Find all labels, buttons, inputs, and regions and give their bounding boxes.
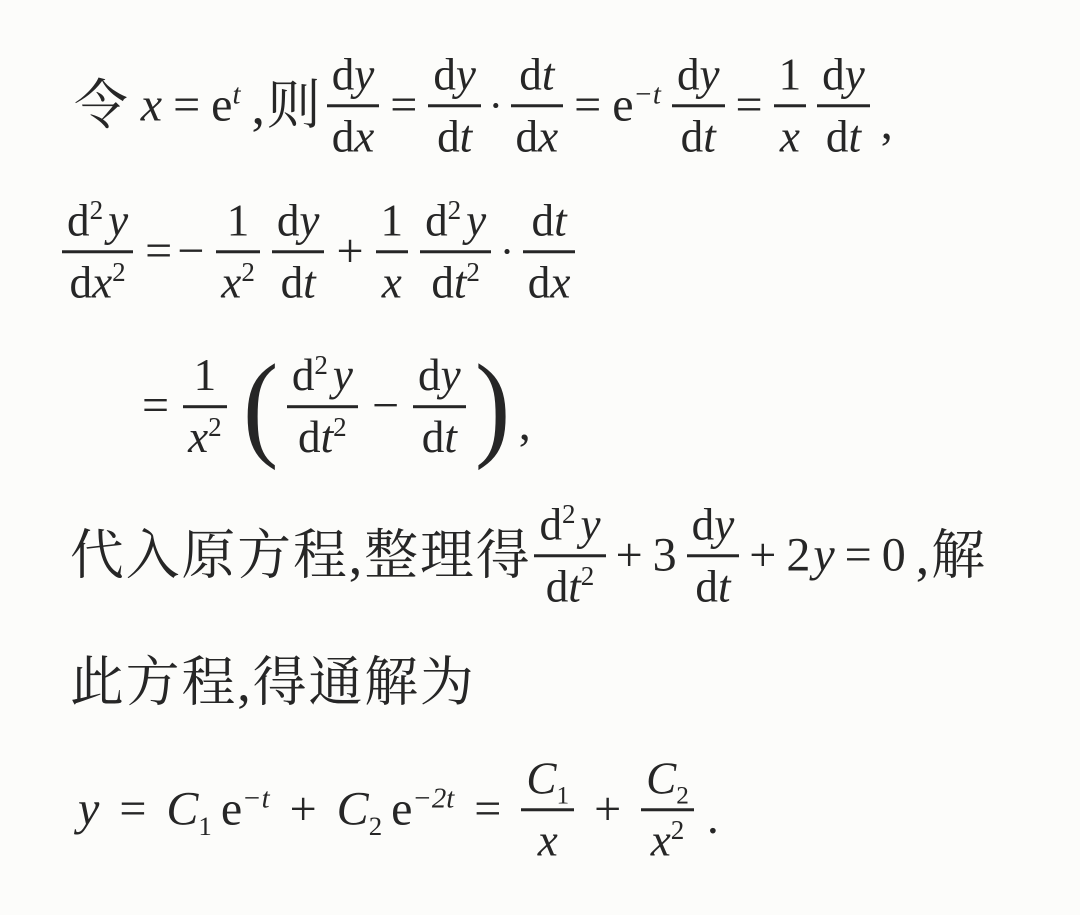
numerator: d2y: [287, 349, 358, 405]
var-t: t: [460, 112, 473, 162]
var-x: x: [221, 258, 241, 308]
var-x: x: [550, 258, 570, 308]
sup-2: 2: [112, 257, 126, 287]
diff-d: d: [292, 350, 315, 400]
formula-line-2: d2y dx2 = − 1 x2 dy dt + 1 x d2y dt2 • d…: [62, 194, 575, 309]
denominator: dt: [413, 406, 466, 465]
num-1: 1: [194, 350, 217, 400]
sup-2: 2: [448, 195, 462, 225]
denominator: dx: [327, 105, 380, 164]
fraction-C1-over-x: C1 x: [521, 752, 574, 867]
diff-d: d: [822, 49, 845, 99]
var-t: t: [554, 195, 567, 245]
denominator: dt: [672, 105, 725, 164]
numerator: dy: [817, 48, 870, 104]
var-x: x: [382, 258, 402, 308]
var-y: y: [299, 195, 319, 245]
sup-2: 2: [90, 195, 104, 225]
diff-d: d: [681, 112, 704, 162]
numerator: 1: [376, 194, 409, 250]
diff-d: d: [281, 258, 304, 308]
diff-d: d: [695, 562, 718, 612]
var-y: y: [714, 499, 734, 549]
left-paren: (: [243, 348, 278, 466]
diff-d: d: [70, 258, 93, 308]
exponent: t: [232, 79, 240, 111]
denominator: dx2: [62, 251, 133, 310]
text-general-solution: 此方程,得通解为: [70, 653, 476, 712]
numerator: dt: [523, 194, 576, 250]
diff-d: d: [519, 49, 542, 99]
subscript-2: 2: [676, 781, 689, 809]
equals-sign: =: [574, 80, 601, 133]
numerator: 1: [183, 349, 227, 405]
numerator: dy: [687, 498, 740, 554]
fraction-1-over-x: 1 x: [774, 48, 807, 163]
minus-sign: −: [372, 381, 399, 434]
var-y: y: [354, 49, 374, 99]
equals-sign: =: [173, 80, 200, 133]
var-t: t: [454, 258, 467, 308]
plus-sign: +: [749, 530, 776, 583]
fraction-d2y-dt2: d2y dt2: [287, 349, 358, 464]
exponent: −t: [242, 783, 269, 815]
fraction-d2y-dt2: d2y dt2: [534, 498, 605, 613]
diff-d: d: [433, 49, 456, 99]
diff-d: d: [546, 562, 569, 612]
formula-line-1: 令 x = et ,则 dy dx = dy dt • dt dx = e−t …: [74, 48, 893, 163]
denominator: dt2: [287, 406, 358, 465]
fraction-C2-over-x2: C2 x2: [641, 752, 694, 867]
formula-line-6: y = C1e−t + C2e−2t = C1 x + C2 x2 .: [78, 752, 719, 867]
var-y: y: [581, 499, 601, 549]
fraction-dy-dt: dy dt: [672, 48, 725, 163]
denominator: x2: [641, 809, 694, 868]
denominator: dt: [428, 105, 481, 164]
euler-e: e: [612, 79, 633, 132]
denominator: dt2: [420, 251, 491, 310]
var-y: y: [333, 350, 353, 400]
var-x: x: [780, 112, 800, 162]
fraction-dy-dt: dy dt: [687, 498, 740, 613]
denominator: x: [376, 251, 409, 310]
equals-sign: =: [474, 784, 501, 837]
diff-d: d: [677, 49, 700, 99]
formula-line-5: 此方程,得通解为: [70, 653, 476, 712]
var-x: x: [651, 816, 671, 866]
e-power-t: et: [211, 80, 240, 133]
subscript-1: 1: [556, 781, 569, 809]
numerator: dy: [428, 48, 481, 104]
euler-e: e: [211, 79, 232, 132]
numerator: d2y: [420, 194, 491, 250]
formula-line-3: = 1 x2 ( d2y dt2 − dy dt ) ,: [142, 348, 531, 466]
text-substitute: 代入原方程,整理得: [70, 526, 531, 585]
diff-d: d: [422, 413, 445, 463]
diff-d: d: [298, 413, 321, 463]
denominator: dt: [817, 105, 870, 164]
var-x: x: [354, 112, 374, 162]
equals-sign: =: [145, 226, 172, 279]
fraction-d2y-dx2: d2y dx2: [62, 194, 133, 309]
plus-sign: +: [336, 226, 363, 279]
equals-sign: =: [390, 80, 417, 133]
sup-2: 2: [581, 561, 595, 591]
diff-d: d: [67, 195, 90, 245]
diff-d: d: [332, 49, 355, 99]
var-t: t: [444, 413, 457, 463]
equals-sign: =: [736, 80, 763, 133]
equals-sign: =: [142, 381, 169, 434]
numerator: C2: [641, 752, 694, 808]
term-2y: 2y: [786, 530, 834, 583]
sup-2: 2: [241, 257, 255, 287]
coefficient-2: 2: [786, 529, 810, 582]
e-power-neg-t: e−t: [612, 80, 661, 133]
var-x: x: [141, 80, 162, 133]
text-comma-solve: ,解: [916, 526, 987, 585]
numerator: 1: [216, 194, 260, 250]
sup-2: 2: [333, 412, 347, 442]
fraction-dy-dx: dy dx: [327, 48, 380, 163]
plus-sign: +: [594, 784, 621, 837]
numerator: d2y: [534, 498, 605, 554]
comma: ,: [519, 399, 531, 452]
num-1: 1: [227, 195, 250, 245]
fraction-dy-dt: dy dt: [413, 349, 466, 464]
comma: ,: [881, 98, 893, 151]
denominator: dx: [523, 251, 576, 310]
var-t: t: [568, 562, 581, 612]
euler-e: e: [221, 783, 242, 836]
numerator: dt: [511, 48, 564, 104]
sup-2: 2: [314, 350, 328, 380]
numerator: dy: [413, 349, 466, 405]
text-let: 令: [74, 76, 130, 135]
numerator: dy: [672, 48, 725, 104]
numerator: dy: [327, 48, 380, 104]
numerator: d2y: [62, 194, 133, 250]
fraction-dt-dx: dt dx: [511, 48, 564, 163]
diff-d: d: [332, 112, 355, 162]
sup-2: 2: [466, 257, 480, 287]
term-C1-e-neg-t: C1e−t: [166, 784, 269, 837]
math-solution-page: 令 x = et ,则 dy dx = dy dt • dt dx = e−t …: [0, 0, 1080, 915]
subscript-2: 2: [369, 811, 382, 841]
var-t: t: [848, 112, 861, 162]
var-y: y: [456, 49, 476, 99]
var-x: x: [538, 816, 558, 866]
var-x: x: [188, 413, 208, 463]
diff-d: d: [826, 112, 849, 162]
plus-sign: +: [616, 530, 643, 583]
numerator: dy: [272, 194, 325, 250]
num-1: 1: [779, 49, 802, 99]
var-x: x: [538, 112, 558, 162]
diff-d: d: [516, 112, 539, 162]
denominator: dx: [511, 105, 564, 164]
denominator: x: [774, 105, 807, 164]
var-t: t: [321, 413, 334, 463]
sup-2: 2: [208, 412, 222, 442]
var-t: t: [703, 112, 716, 162]
var-y: y: [813, 529, 834, 582]
var-y: y: [441, 350, 461, 400]
term-C2-e-neg-2t: C2e−2t: [337, 784, 455, 837]
const-C: C: [646, 753, 676, 803]
fraction-d2y-dt2: d2y dt2: [420, 194, 491, 309]
fraction-1-over-x2: 1 x2: [216, 194, 260, 309]
diff-d: d: [277, 195, 300, 245]
num-0: 0: [882, 530, 906, 583]
subscript-1: 1: [198, 811, 211, 841]
equals-sign: =: [845, 530, 872, 583]
plus-sign: +: [290, 784, 317, 837]
var-t: t: [542, 49, 555, 99]
fraction-1-over-x: 1 x: [376, 194, 409, 309]
const-C: C: [526, 753, 556, 803]
denominator: dt: [687, 555, 740, 614]
const-C: C: [166, 783, 198, 836]
sup-2: 2: [562, 499, 576, 529]
diff-d: d: [539, 499, 562, 549]
numerator: 1: [774, 48, 807, 104]
var-x: x: [92, 258, 112, 308]
var-t: t: [718, 562, 731, 612]
const-C: C: [337, 783, 369, 836]
var-y: y: [845, 49, 865, 99]
denominator: x: [521, 809, 574, 868]
diff-d: d: [528, 258, 551, 308]
text-comma-then: ,则: [251, 76, 322, 135]
equals-sign: =: [119, 784, 146, 837]
dot-operator: •: [492, 94, 500, 118]
diff-d: d: [437, 112, 460, 162]
minus-sign: −: [177, 226, 204, 279]
var-y: y: [700, 49, 720, 99]
fraction-dy-dt: dy dt: [817, 48, 870, 163]
fraction-dy-dt: dy dt: [272, 194, 325, 309]
num-1: 1: [381, 195, 404, 245]
denominator: dt: [272, 251, 325, 310]
fraction-dy-dt: dy dt: [428, 48, 481, 163]
diff-d: d: [425, 195, 448, 245]
denominator: x2: [183, 406, 227, 465]
denominator: x2: [216, 251, 260, 310]
diff-d: d: [532, 195, 555, 245]
coefficient-3: 3: [653, 530, 677, 583]
exponent: −t: [634, 79, 661, 111]
dot-operator: •: [503, 240, 511, 264]
diff-d: d: [431, 258, 454, 308]
var-y: y: [108, 195, 128, 245]
fraction-1-over-x2: 1 x2: [183, 349, 227, 464]
euler-e: e: [391, 783, 412, 836]
numerator: C1: [521, 752, 574, 808]
right-paren: ): [475, 348, 510, 466]
diff-d: d: [418, 350, 441, 400]
var-y: y: [466, 195, 486, 245]
var-y: y: [78, 784, 99, 837]
var-t: t: [303, 258, 316, 308]
fraction-dt-dx: dt dx: [523, 194, 576, 309]
sup-2: 2: [671, 815, 685, 845]
diff-d: d: [692, 499, 715, 549]
exponent: −2t: [412, 783, 454, 815]
denominator: dt2: [534, 555, 605, 614]
period: .: [707, 792, 719, 845]
formula-line-4: 代入原方程,整理得 d2y dt2 + 3 dy dt + 2y = 0 ,解: [70, 498, 987, 613]
